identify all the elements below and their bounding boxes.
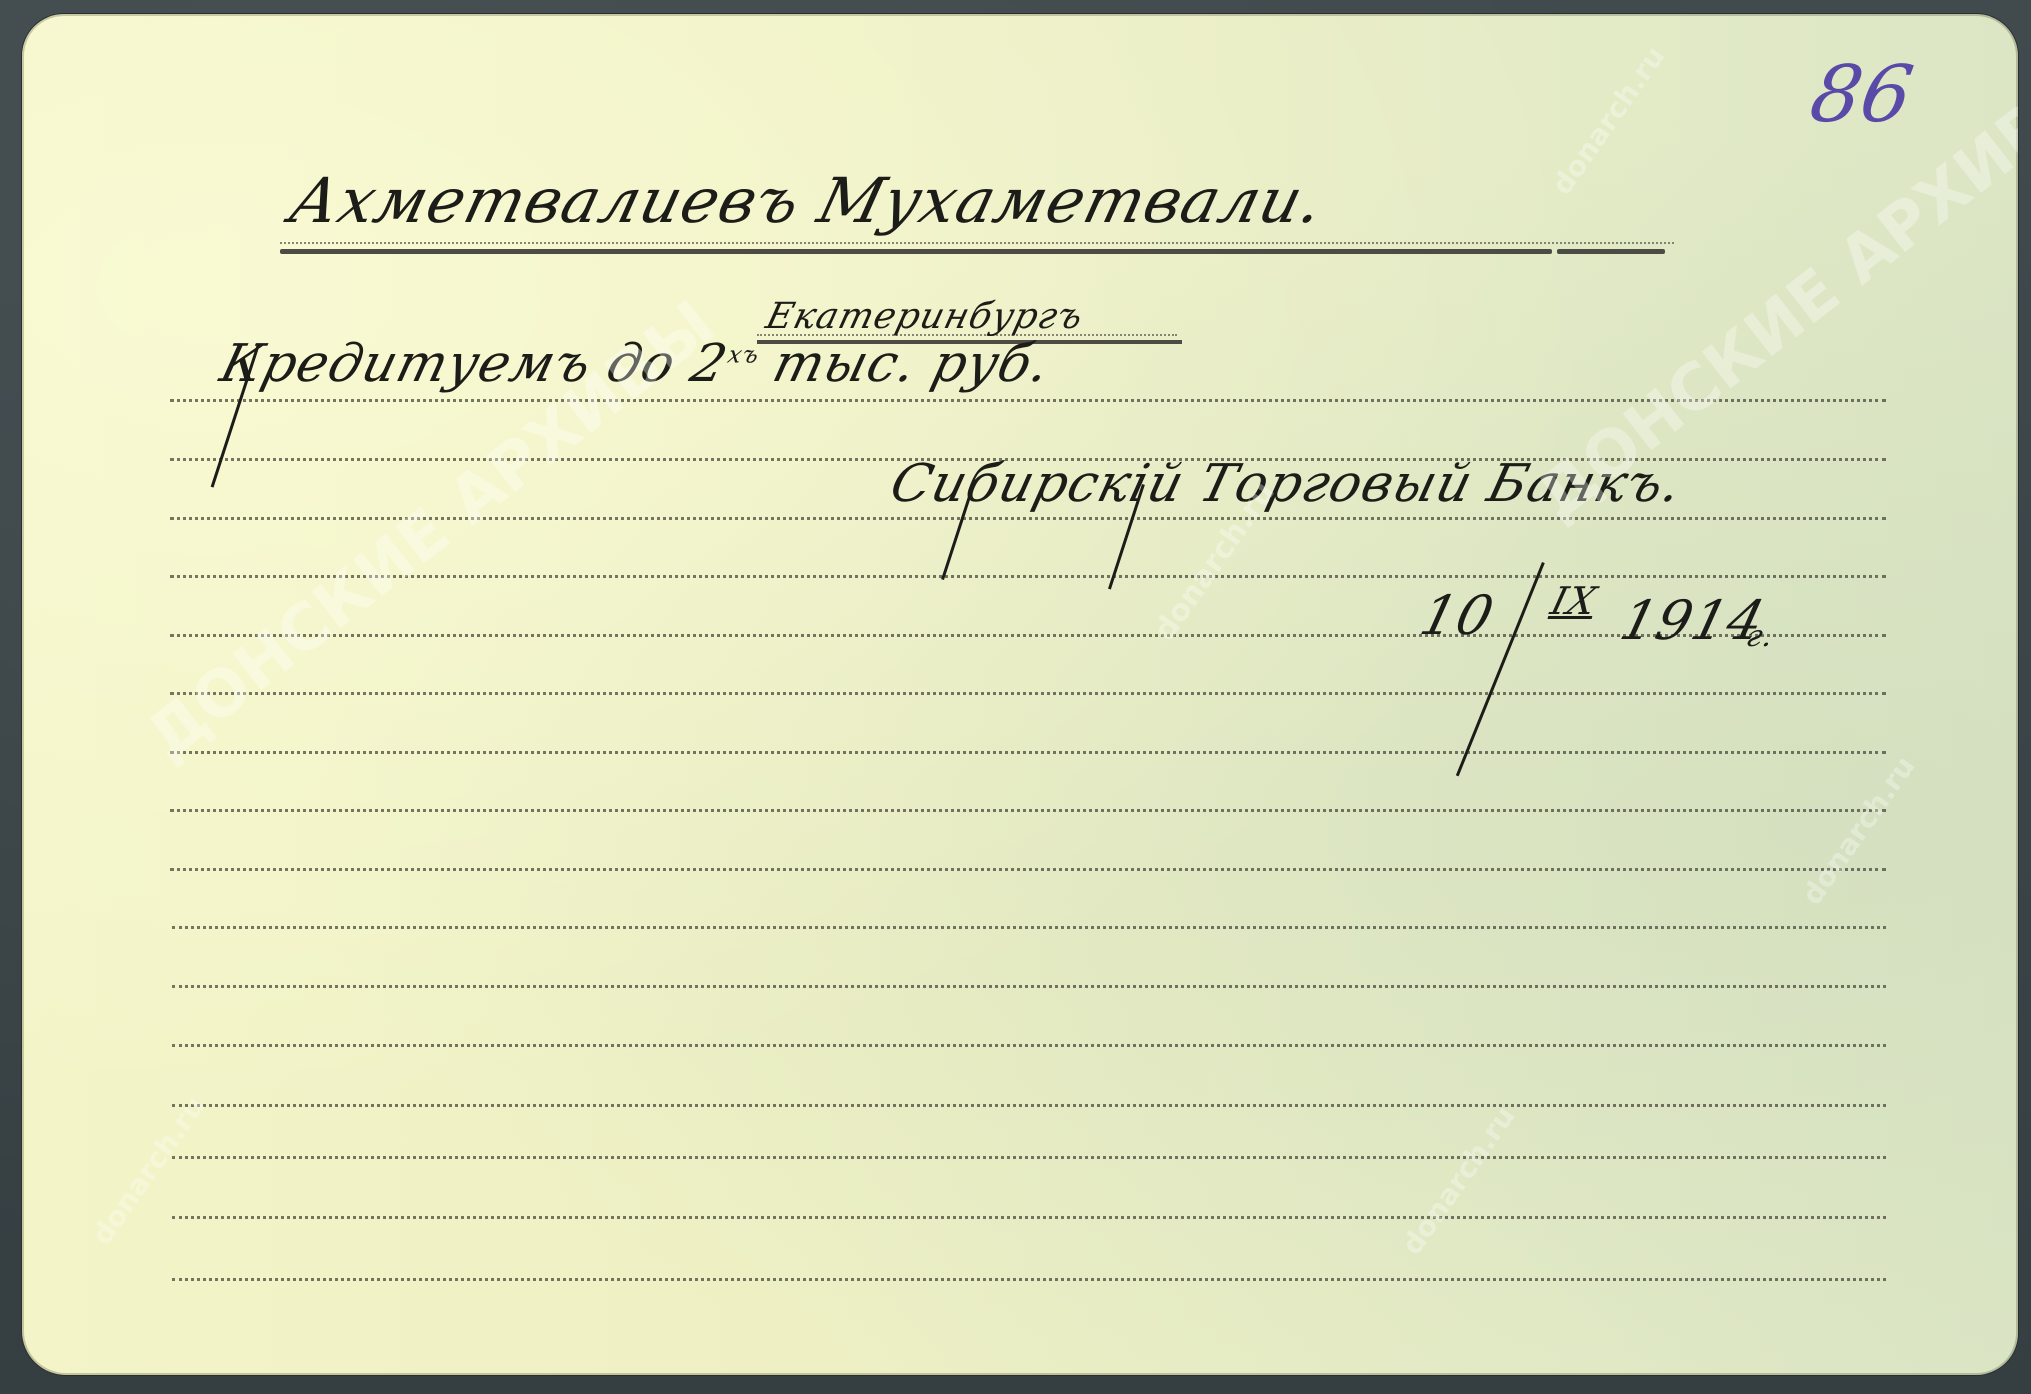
ruled-line <box>170 692 1886 695</box>
ruled-line <box>170 399 1886 402</box>
handwritten-name: Ахметвалиевъ Мухаметвали. <box>283 164 1332 237</box>
handwritten-date: 10 <box>1414 584 1500 647</box>
heading-underline <box>280 249 1552 254</box>
handwritten-city: Екатеринбургъ <box>762 296 1088 337</box>
date-month: IX <box>1547 579 1602 623</box>
ruled-line <box>172 1278 1886 1281</box>
ruled-line <box>170 575 1886 578</box>
watermark-site: donarch.ru <box>1395 1100 1521 1261</box>
ruled-line <box>172 1044 1886 1047</box>
index-card: 86 Ахметвалиевъ Мухаметвали. Екатеринбур… <box>22 14 2018 1375</box>
heading-dotted-rule <box>280 242 1674 244</box>
ruled-line <box>172 985 1886 988</box>
ruled-line <box>172 1156 1886 1159</box>
watermark-site: donarch.ru <box>1795 750 1921 911</box>
watermark-site: donarch.ru <box>85 1090 211 1251</box>
heading-underline-end <box>1557 249 1665 254</box>
ruled-line <box>172 926 1886 929</box>
handwritten-credit-line: Кредитуемъ до 2хъ тыс. руб. <box>215 334 1057 394</box>
ruled-line <box>170 809 1886 812</box>
ruled-line <box>172 1104 1886 1107</box>
credit-suffix: тыс. руб. <box>750 334 1057 394</box>
ruled-line <box>170 751 1886 754</box>
archive-number: 86 <box>1804 50 1919 140</box>
ruled-line <box>170 517 1886 520</box>
handwritten-bank: Сибирскій Торговый Банкъ. <box>885 454 1689 514</box>
ruled-line <box>170 868 1886 871</box>
watermark-site: donarch.ru <box>1545 40 1671 201</box>
date-day: 10 <box>1414 584 1500 647</box>
ruled-line <box>172 1216 1886 1219</box>
credit-prefix: Кредитуемъ до 2 <box>215 334 734 394</box>
